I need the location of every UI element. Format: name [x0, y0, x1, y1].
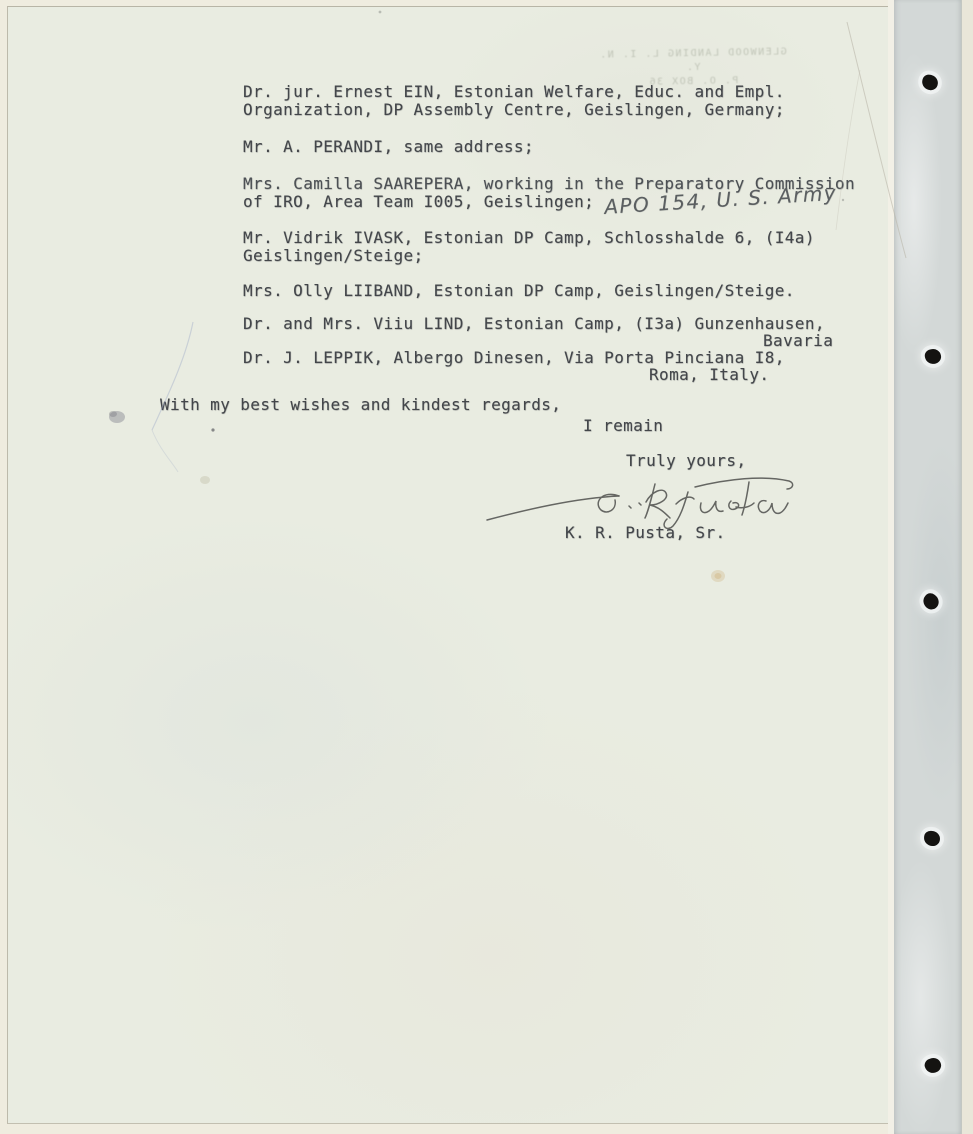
recipient-line: of IRO, Area Team I005, Geislingen; [243, 193, 594, 211]
closing-regards: With my best wishes and kindest regards, [160, 396, 561, 414]
scan-right-edge [961, 0, 973, 1134]
recipient-line: Mr. Vidrik IVASK, Estonian DP Camp, Schl… [243, 229, 815, 247]
recipient-line: Mr. A. PERANDI, same address; [243, 138, 534, 156]
scanned-letter-page: GLENWOOD LANDING L. I. N. Y. P. O. BOX 3… [0, 0, 973, 1134]
closing-i-remain: I remain [583, 417, 663, 435]
closing-truly-yours: Truly yours, [626, 452, 746, 470]
recipient-line: Dr. and Mrs. Viiu LIND, Estonian Camp, (… [243, 315, 825, 333]
recipient-line: Mrs. Olly LIIBAND, Estonian DP Camp, Gei… [243, 282, 795, 300]
typed-signature-name: K. R. Pusta, Sr. [565, 524, 726, 542]
recipient-line: Dr. jur. Ernest EIN, Estonian Welfare, E… [243, 83, 785, 101]
recipient-line: Geislingen/Steige; [243, 247, 424, 265]
bleed-through-line: GLENWOOD LANDING L. I. N. Y. [588, 45, 798, 77]
binding-strip [894, 0, 961, 1134]
recipient-line: Organization, DP Assembly Centre, Geisli… [243, 101, 785, 119]
recipient-line-continuation: Roma, Italy. [649, 366, 769, 384]
